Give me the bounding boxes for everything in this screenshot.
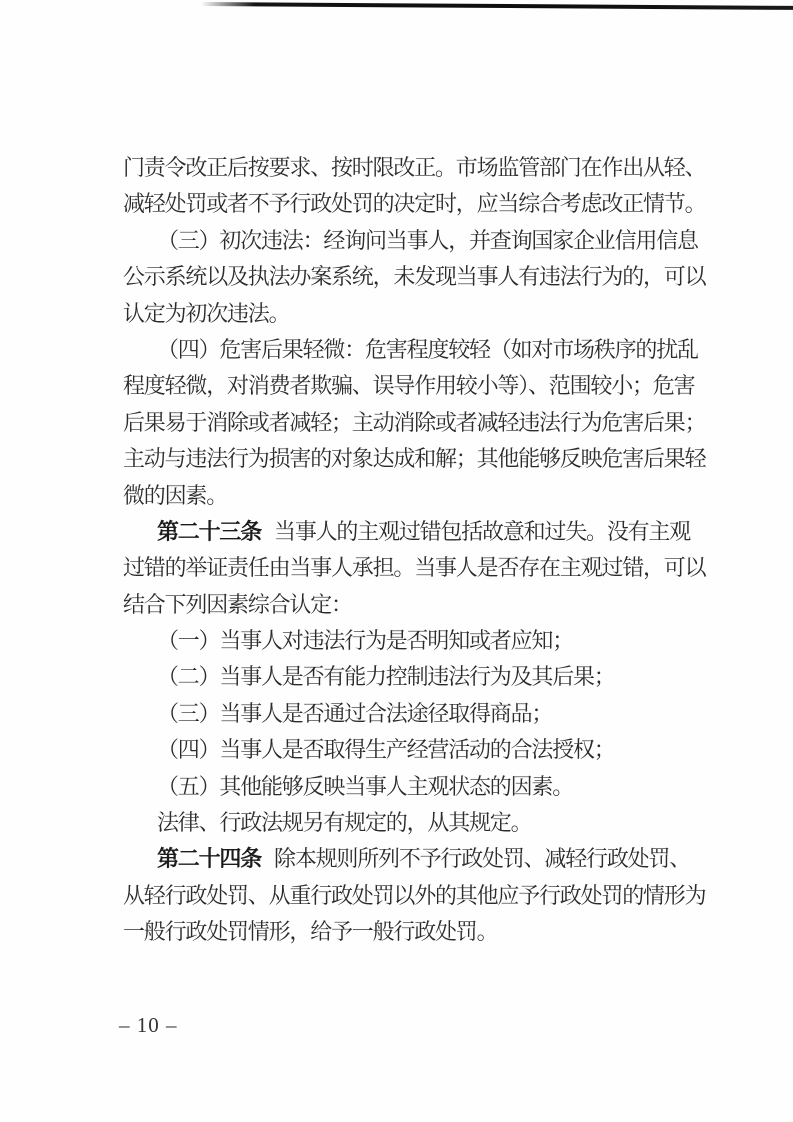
text-line: 微的因素。 — [123, 478, 703, 514]
article-23-number: 第二十三条 — [157, 519, 261, 544]
article-23-text: 当事人的主观过错包括故意和过失。没有主观 — [274, 519, 690, 544]
text-line-law-proviso: 法律、行政法规另有规定的，从其规定。 — [123, 805, 703, 841]
scan-artifact-line — [201, 2, 793, 9]
text-line: 过错的举证责任由当事人承担。当事人是否存在主观过错，可以 — [123, 550, 703, 586]
text-line: 减轻处罚或者不予行政处罚的决定时，应当综合考虑改正情节。 — [123, 186, 703, 222]
text-line: 公示系统以及执法办案系统，未发现当事人有违法行为的，可以 — [123, 259, 703, 295]
text-line-factor-5: （五）其他能够反映当事人主观状态的因素。 — [123, 769, 703, 805]
article-24-text: 除本规则所列不予行政处罚、减轻行政处罚、 — [274, 846, 690, 871]
text-line: 后果易于消除或者减轻；主动消除或者减轻违法行为危害后果； — [123, 405, 703, 441]
page-number: – 10 – — [119, 1013, 178, 1038]
text-line: 认定为初次违法。 — [123, 296, 703, 332]
text-line: 从轻行政处罚、从重行政处罚以外的其他应予行政处罚的情形为 — [123, 878, 703, 914]
text-line-article-24: 第二十四条除本规则所列不予行政处罚、减轻行政处罚、 — [123, 841, 703, 877]
text-line-item-3-first-violation: （三）初次违法：经询问当事人，并查询国家企业信用信息 — [123, 223, 703, 259]
document-page: 门责令改正后按要求、按时限改正。市场监管部门在作出从轻、 减轻处罚或者不予行政处… — [0, 0, 793, 1122]
text-line-factor-2: （二）当事人是否有能力控制违法行为及其后果； — [123, 659, 703, 695]
text-line-factor-1: （一）当事人对违法行为是否明知或者应知； — [123, 623, 703, 659]
text-line: 门责令改正后按要求、按时限改正。市场监管部门在作出从轻、 — [123, 150, 703, 186]
text-line: 程度轻微，对消费者欺骗、误导作用较小等）、范围较小；危害 — [123, 368, 703, 404]
document-body: 门责令改正后按要求、按时限改正。市场监管部门在作出从轻、 减轻处罚或者不予行政处… — [123, 150, 703, 951]
text-line-item-4-minor-harm: （四）危害后果轻微：危害程度较轻（如对市场秩序的扰乱 — [123, 332, 703, 368]
article-24-number: 第二十四条 — [157, 846, 261, 871]
text-line: 一般行政处罚情形，给予一般行政处罚。 — [123, 914, 703, 950]
text-line: 主动与违法行为损害的对象达成和解；其他能够反映危害后果轻 — [123, 441, 703, 477]
text-line-factor-3: （三）当事人是否通过合法途径取得商品； — [123, 696, 703, 732]
text-line: 结合下列因素综合认定： — [123, 587, 703, 623]
text-line-article-23: 第二十三条当事人的主观过错包括故意和过失。没有主观 — [123, 514, 703, 550]
text-line-factor-4: （四）当事人是否取得生产经营活动的合法授权； — [123, 732, 703, 768]
